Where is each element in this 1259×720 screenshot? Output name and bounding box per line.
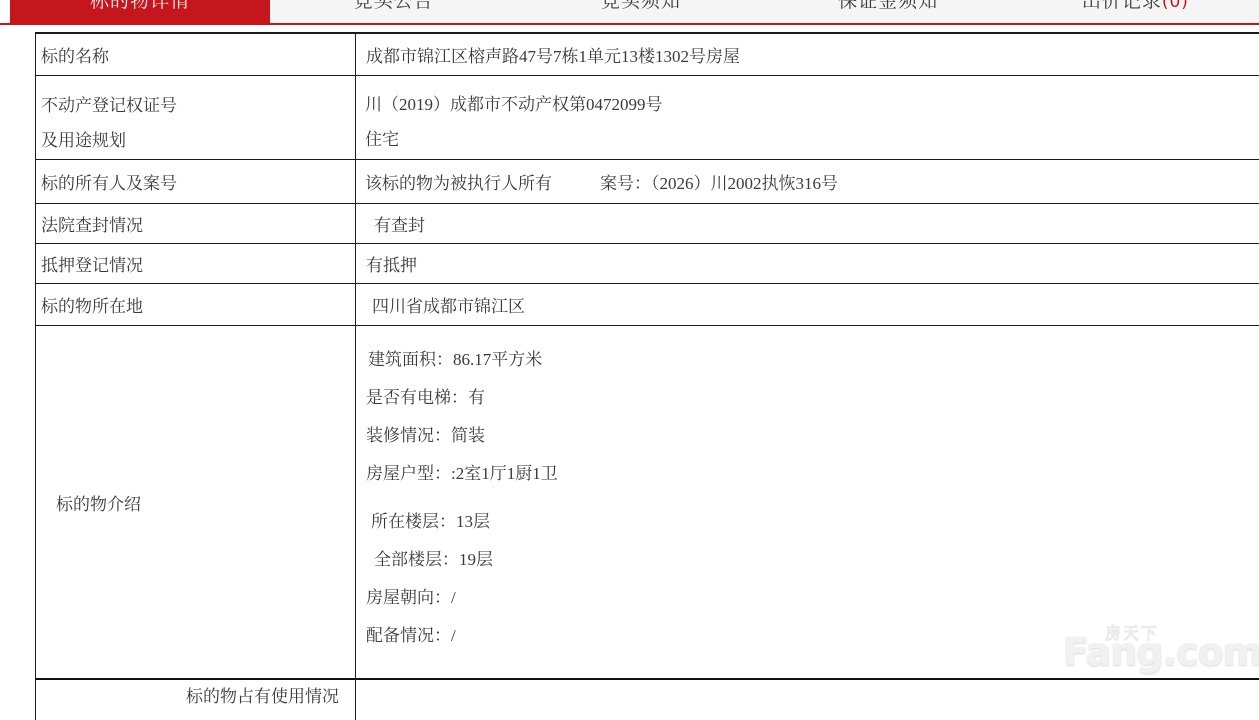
intro-line-floor: 所在楼层：13层: [356, 500, 1259, 538]
intro-line-layout: 房屋户型：:2室1厅1厨1卫: [356, 452, 1259, 490]
tab-auction-notice[interactable]: 竞买公告: [270, 0, 517, 23]
row-label: 标的物介绍: [36, 326, 356, 678]
table-row-mortgage: 抵押登记情况 有抵押: [36, 244, 1259, 284]
table-row-name: 标的名称 成都市锦江区榕声路47号7栋1单元13楼1302号房屋: [36, 34, 1259, 76]
row-value: 有抵押: [356, 244, 1259, 283]
row-value: 川（2019）成都市不动产权第0472099号 住宅: [356, 76, 1259, 159]
tab-label: 保证金须知: [765, 0, 1012, 13]
row-label: 标的名称: [36, 34, 356, 75]
table-row-owner: 标的所有人及案号 该标的物为被执行人所有 案号：（2026）川2002执恢316…: [36, 160, 1259, 204]
fang-logo-english: Fang.com: [1063, 630, 1259, 674]
intro-line-orientation: 房屋朝向：/: [356, 576, 1259, 614]
value-line: 住宅: [365, 122, 1259, 157]
row-value: [356, 680, 1259, 697]
row-value: 有查封: [356, 204, 1259, 243]
property-detail-table: 标的名称 成都市锦江区榕声路47号7栋1单元13楼1302号房屋 不动产登记权证…: [35, 32, 1259, 697]
case-number: 案号：（2026）川2002执恢316号: [600, 160, 838, 203]
tab-label: 竞买公告: [270, 0, 517, 13]
tab-label: 标的物详情: [10, 0, 270, 13]
fang-watermark-logo: 房天下 Fang.com: [1063, 618, 1238, 678]
tab-bidding-instructions[interactable]: 竞买须知: [517, 0, 764, 23]
tab-bar: 标的物详情 竞买公告 竞买须知 保证金须知 出价记录(0): [0, 0, 1259, 25]
row-value: 成都市锦江区榕声路47号7栋1单元13楼1302号房屋: [356, 34, 1259, 75]
row-label: 法院查封情况: [36, 204, 356, 243]
row-label: 不动产登记权证号 及用途规划: [36, 76, 356, 159]
row-value: 四川省成都市锦江区: [356, 284, 1259, 325]
tab-bid-records-text: 出价记录: [1082, 0, 1162, 12]
tab-item-details[interactable]: 标的物详情: [10, 0, 270, 25]
row-label: 标的物占有使用情况: [36, 680, 356, 697]
intro-line-decoration: 装修情况：简装: [356, 414, 1259, 452]
intro-line-total-floors: 全部楼层：19层: [356, 538, 1259, 576]
value-line: 川（2019）成都市不动产权第0472099号: [365, 87, 1259, 122]
table-row-occupancy: 标的物占有使用情况: [36, 680, 1259, 697]
tab-label: 竞买须知: [517, 0, 764, 13]
tab-group: 竞买公告 竞买须知 保证金须知 出价记录(0): [270, 0, 1259, 23]
row-label: 标的物所在地: [36, 284, 356, 325]
bid-count-badge: (0): [1162, 0, 1189, 12]
label-line: 不动产登记权证号: [41, 88, 355, 123]
intro-line-elevator: 是否有电梯：有: [356, 376, 1259, 414]
row-value: 该标的物为被执行人所有 案号：（2026）川2002执恢316号: [356, 160, 1259, 203]
label-line: 及用途规划: [41, 123, 355, 158]
tab-label: 出价记录(0): [1012, 0, 1259, 13]
row-label: 抵押登记情况: [36, 244, 356, 283]
tab-bid-records[interactable]: 出价记录(0): [1012, 0, 1259, 23]
table-row-certificate: 不动产登记权证号 及用途规划 川（2019）成都市不动产权第0472099号 住…: [36, 76, 1259, 160]
table-row-seizure: 法院查封情况 有查封: [36, 204, 1259, 244]
tab-deposit-instructions[interactable]: 保证金须知: [765, 0, 1012, 23]
row-label: 标的所有人及案号: [36, 160, 356, 203]
intro-line-building-area: 建筑面积：86.17平方米: [356, 338, 1259, 376]
table-row-location: 标的物所在地 四川省成都市锦江区: [36, 284, 1259, 326]
